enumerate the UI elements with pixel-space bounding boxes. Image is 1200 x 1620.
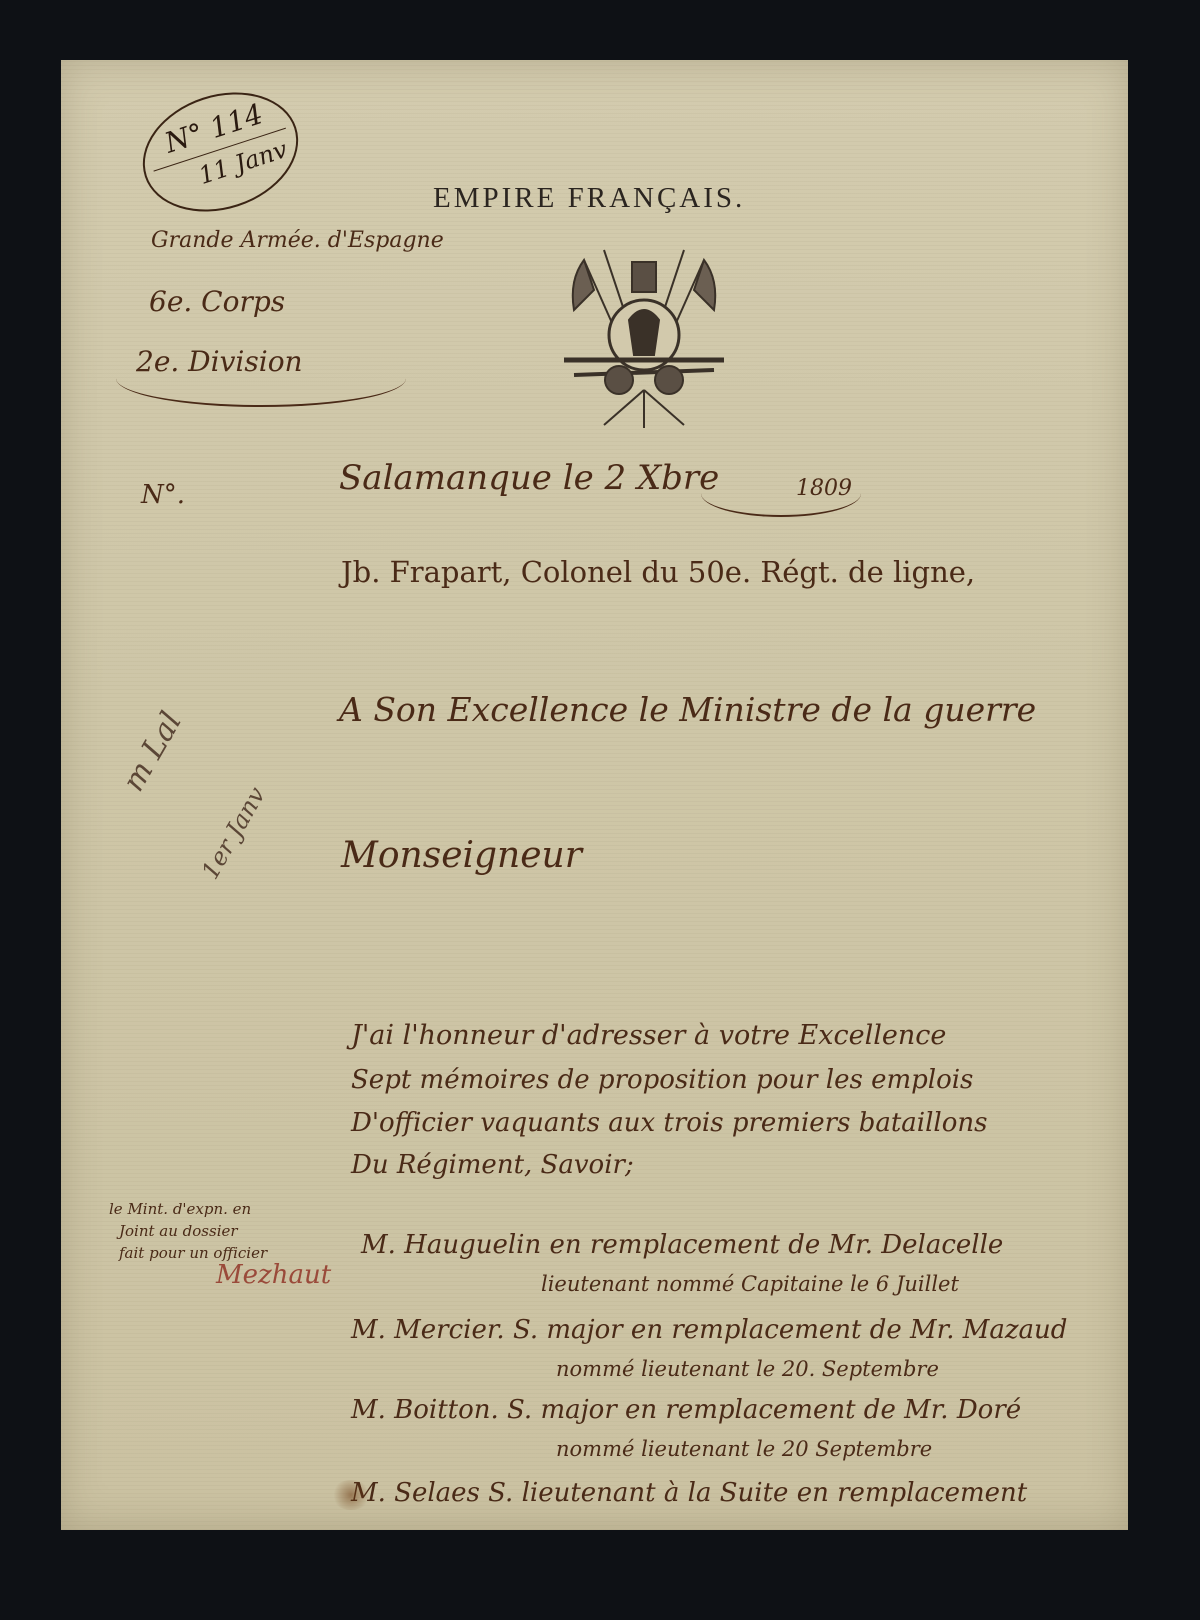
salutation: Monseigneur xyxy=(341,835,582,876)
date-flourish xyxy=(701,470,861,517)
body-line-1: J'ai l'honneur d'adresser à votre Excell… xyxy=(351,1020,946,1051)
reference-number-label: N°. xyxy=(141,480,185,510)
nomination-2-line-1: M. Mercier. S. major en remplacement de … xyxy=(351,1315,1067,1345)
side-note-line-1: le Mint. d'expn. en xyxy=(109,1200,251,1218)
nomination-4-line-1: M. Selaes S. lieutenant à la Suite en re… xyxy=(351,1478,1027,1508)
recipient-line: A Son Excellence le Ministre de la guerr… xyxy=(339,690,1036,729)
nomination-1-line-1: M. Hauguelin en remplacement de Mr. Dela… xyxy=(361,1230,1003,1260)
red-signature: Mezhaut xyxy=(216,1260,331,1290)
imperial-eagle-emblem-icon xyxy=(544,240,744,430)
army-line: Grande Armée. d'Espagne xyxy=(151,228,444,253)
place-date: Salamanque le 2 Xbre xyxy=(339,458,719,498)
header-underline xyxy=(116,350,406,407)
nomination-1-line-2: lieutenant nommé Capitaine le 6 Juillet xyxy=(541,1272,959,1296)
ink-stain xyxy=(331,1480,371,1510)
nomination-2-line-2: nommé lieutenant le 20. Septembre xyxy=(556,1357,939,1381)
side-note-line-2: Joint au dossier xyxy=(119,1222,238,1240)
registry-stamp: N° 114 11 Janv xyxy=(127,73,313,231)
nomination-3-line-1: M. Boitton. S. major en remplacement de … xyxy=(351,1395,1021,1425)
pencil-margin-date: 1er Janv xyxy=(196,782,271,884)
letterhead-title: EMPIRE FRANÇAIS. xyxy=(433,182,745,215)
letter-paper: N° 114 11 Janv EMPIRE FRANÇAIS. Grande A… xyxy=(61,60,1128,1530)
pencil-margin-note: m Lal xyxy=(116,706,189,797)
body-line-3: D'officier vaquants aux trois premiers b… xyxy=(351,1108,987,1138)
body-line-4: Du Régiment, Savoir; xyxy=(351,1150,634,1180)
sender-line: Jb. Frapart, Colonel du 50e. Régt. de li… xyxy=(341,555,975,589)
nomination-3-line-2: nommé lieutenant le 20 Septembre xyxy=(556,1437,932,1461)
corps-line: 6e. Corps xyxy=(149,285,285,318)
body-line-2: Sept mémoires de proposition pour les em… xyxy=(351,1065,973,1095)
